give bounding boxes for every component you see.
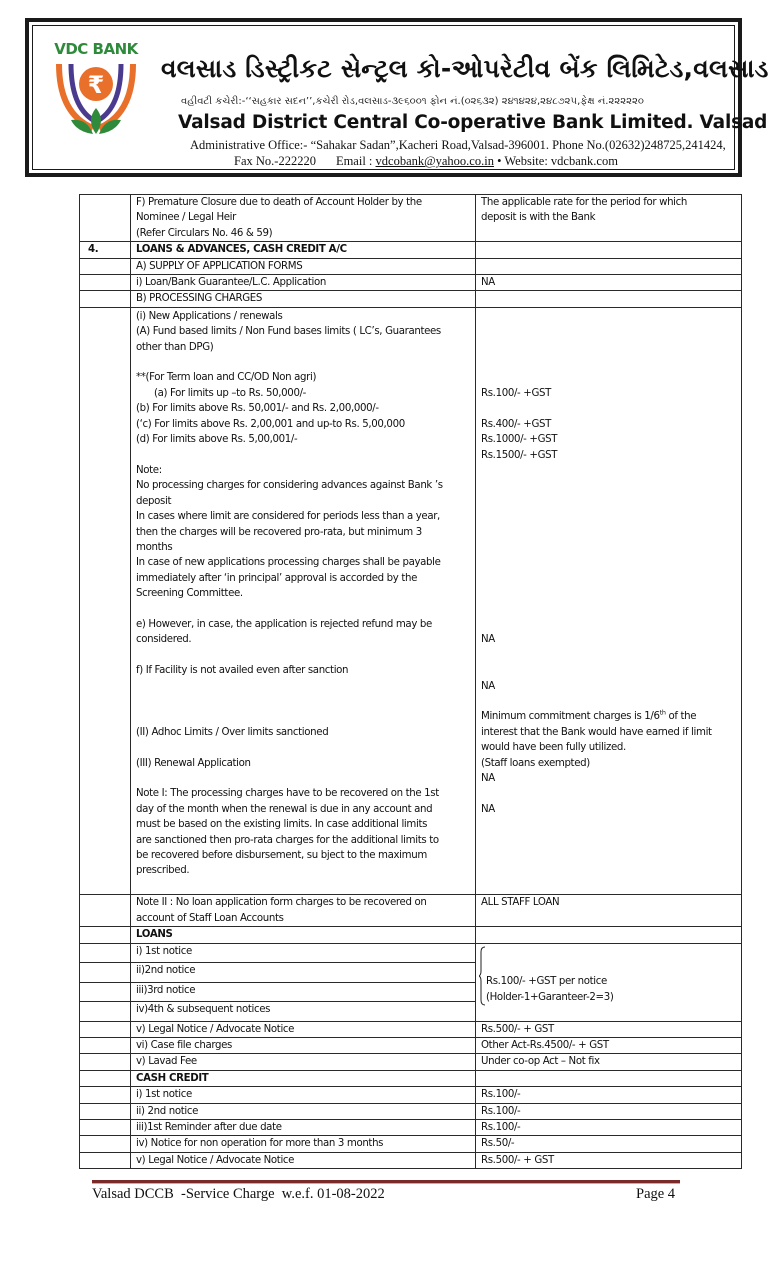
row-number (80, 1070, 131, 1086)
row-number (80, 1002, 131, 1022)
table-row: i) 1st notice Rs.100/- +GST per notice (… (80, 943, 742, 963)
row-item: ii)2nd notice (131, 963, 476, 983)
admin-office-address: Administrative Office:- “Sahakar Sadan”,… (190, 138, 726, 153)
bank-title-gujarati: વલસાડ ડિસ્ટ્રીકટ સેન્ટ્રલ કો-ઓપરેટીવ બેં… (161, 54, 768, 84)
curly-brace-icon (479, 946, 487, 1006)
row-charge-notices: Rs.100/- +GST per notice (Holder-1+Garan… (476, 943, 742, 1021)
table-row-section-header: CASH CREDIT (80, 1070, 742, 1086)
fax-number: Fax No.-222220 (234, 154, 316, 168)
email-label: Email : (336, 154, 376, 168)
row-item: (i) New Applications / renewals (A) Fund… (131, 307, 476, 894)
commitment-charge-text: Minimum commitment charges is 1/6 (481, 711, 660, 722)
table-row: v) Legal Notice / Advocate Notice Rs.500… (80, 1021, 742, 1037)
row-item: Note II : No loan application form charg… (131, 895, 476, 927)
email-link[interactable]: vdcobank@yahoo.co.in (376, 154, 494, 168)
row-charge (476, 242, 742, 258)
row-number (80, 943, 131, 963)
row-number (80, 927, 131, 943)
row-item: B) PROCESSING CHARGES (131, 291, 476, 307)
bank-title-english: Valsad District Central Co-operative Ban… (178, 112, 768, 133)
row-number (80, 258, 131, 274)
table-row: F) Premature Closure due to death of Acc… (80, 195, 742, 242)
logo-text: VDC BANK (41, 40, 151, 58)
row-number (80, 963, 131, 983)
section-number: 4. (80, 242, 131, 258)
row-item: v) Lavad Fee (131, 1054, 476, 1070)
processing-limit-a: (a) For limits up –to Rs. 50,000/- (136, 386, 306, 401)
row-number (80, 195, 131, 242)
row-number (80, 1119, 131, 1135)
processing-charges: Rs.100/- +GST Rs.400/- +GST Rs.1000/- +G… (481, 388, 557, 692)
bank-logo: ₹ VDC BANK (41, 36, 151, 148)
table-row-section-header: LOANS (80, 927, 742, 943)
row-item: i) 1st notice (131, 943, 476, 963)
row-charge: Other Act-Rs.4500/- + GST (476, 1037, 742, 1053)
row-charge: Rs.50/- (476, 1136, 742, 1152)
row-item: A) SUPPLY OF APPLICATION FORMS (131, 258, 476, 274)
bank-address-gujarati: વહીવટી કચેરી:-‘‘સહકાર સદન’’,કચેરી રોડ,વલ… (181, 96, 644, 107)
row-charge: NA (476, 275, 742, 291)
row-item: iii)1st Reminder after due date (131, 1119, 476, 1135)
row-charge: Under co-op Act – Not fix (476, 1054, 742, 1070)
row-number (80, 1021, 131, 1037)
row-item: v) Legal Notice / Advocate Notice (131, 1021, 476, 1037)
row-charge: Rs.100/- (476, 1087, 742, 1103)
processing-intro: (i) New Applications / renewals (A) Fund… (136, 311, 441, 384)
row-number (80, 275, 131, 291)
row-number (80, 895, 131, 927)
row-number (80, 1152, 131, 1168)
table-row: i) Loan/Bank Guarantee/L.C. Application … (80, 275, 742, 291)
table-row: v) Legal Notice / Advocate Notice Rs.500… (80, 1152, 742, 1168)
contact-line: Fax No.-222220Email : vdcobank@yahoo.co.… (234, 154, 618, 169)
footer-page-number: Page 4 (636, 1186, 675, 1203)
service-charges-table: F) Premature Closure due to death of Acc… (79, 194, 742, 1169)
letterhead: ₹ VDC BANK વલસાડ ડિસ્ટ્રીકટ સેન્ટ્રલ કો-… (25, 18, 742, 177)
row-charge: Rs.500/- + GST (476, 1152, 742, 1168)
row-number (80, 982, 131, 1002)
row-number (80, 307, 131, 894)
row-item: ii) 2nd notice (131, 1103, 476, 1119)
website: • Website: vdcbank.com (497, 154, 618, 168)
row-item: iv) Notice for non operation for more th… (131, 1136, 476, 1152)
row-item: iii)3rd notice (131, 982, 476, 1002)
row-charge (476, 258, 742, 274)
row-number (80, 291, 131, 307)
row-number (80, 1054, 131, 1070)
row-charge: The applicable rate for the period for w… (476, 195, 742, 242)
svg-text:₹: ₹ (88, 71, 105, 99)
table-row: A) SUPPLY OF APPLICATION FORMS (80, 258, 742, 274)
row-charge (476, 291, 742, 307)
row-number (80, 1037, 131, 1053)
row-charge: Rs.100/- (476, 1103, 742, 1119)
table-row: iii)1st Reminder after due date Rs.100/- (80, 1119, 742, 1135)
row-charge: Rs.100/- (476, 1119, 742, 1135)
row-item: vi) Case file charges (131, 1037, 476, 1053)
processing-details: (b) For limits above Rs. 50,001/- and Rs… (136, 403, 443, 876)
row-number (80, 1136, 131, 1152)
footer-document-title: Valsad DCCB -Service Charge w.e.f. 01-08… (92, 1186, 385, 1203)
row-charge (476, 1070, 742, 1086)
table-row: i) 1st notice Rs.100/- (80, 1087, 742, 1103)
row-item: v) Legal Notice / Advocate Notice (131, 1152, 476, 1168)
table-row-processing-charges: (i) New Applications / renewals (A) Fund… (80, 307, 742, 894)
row-charge (476, 927, 742, 943)
row-number (80, 1103, 131, 1119)
table-row: B) PROCESSING CHARGES (80, 291, 742, 307)
section-title: LOANS (131, 927, 476, 943)
notice-charge: Rs.100/- +GST per notice (Holder-1+Garan… (481, 974, 736, 1005)
section-title: CASH CREDIT (131, 1070, 476, 1086)
row-item: i) Loan/Bank Guarantee/L.C. Application (131, 275, 476, 291)
table-row: ii) 2nd notice Rs.100/- (80, 1103, 742, 1119)
table-row: iv) Notice for non operation for more th… (80, 1136, 742, 1152)
table-row: Note II : No loan application form charg… (80, 895, 742, 927)
row-item: i) 1st notice (131, 1087, 476, 1103)
row-charge: Rs.500/- + GST (476, 1021, 742, 1037)
table-row: v) Lavad Fee Under co-op Act – Not fix (80, 1054, 742, 1070)
table-row-section-header: 4. LOANS & ADVANCES, CASH CREDIT A/C (80, 242, 742, 258)
row-charge: ALL STAFF LOAN (476, 895, 742, 927)
section-title: LOANS & ADVANCES, CASH CREDIT A/C (131, 242, 476, 258)
row-item: F) Premature Closure due to death of Acc… (131, 195, 476, 242)
footer-divider (92, 1180, 680, 1184)
row-item: iv)4th & subsequent notices (131, 1002, 476, 1022)
row-charge: Rs.100/- +GST Rs.400/- +GST Rs.1000/- +G… (476, 307, 742, 894)
letterhead-inner-border: ₹ VDC BANK વલસાડ ડિસ્ટ્રીકટ સેન્ટ્રલ કો-… (32, 25, 735, 170)
row-number (80, 1087, 131, 1103)
table-row: vi) Case file charges Other Act-Rs.4500/… (80, 1037, 742, 1053)
commitment-charge-rest: of the interest that the Bank would have… (481, 711, 712, 814)
